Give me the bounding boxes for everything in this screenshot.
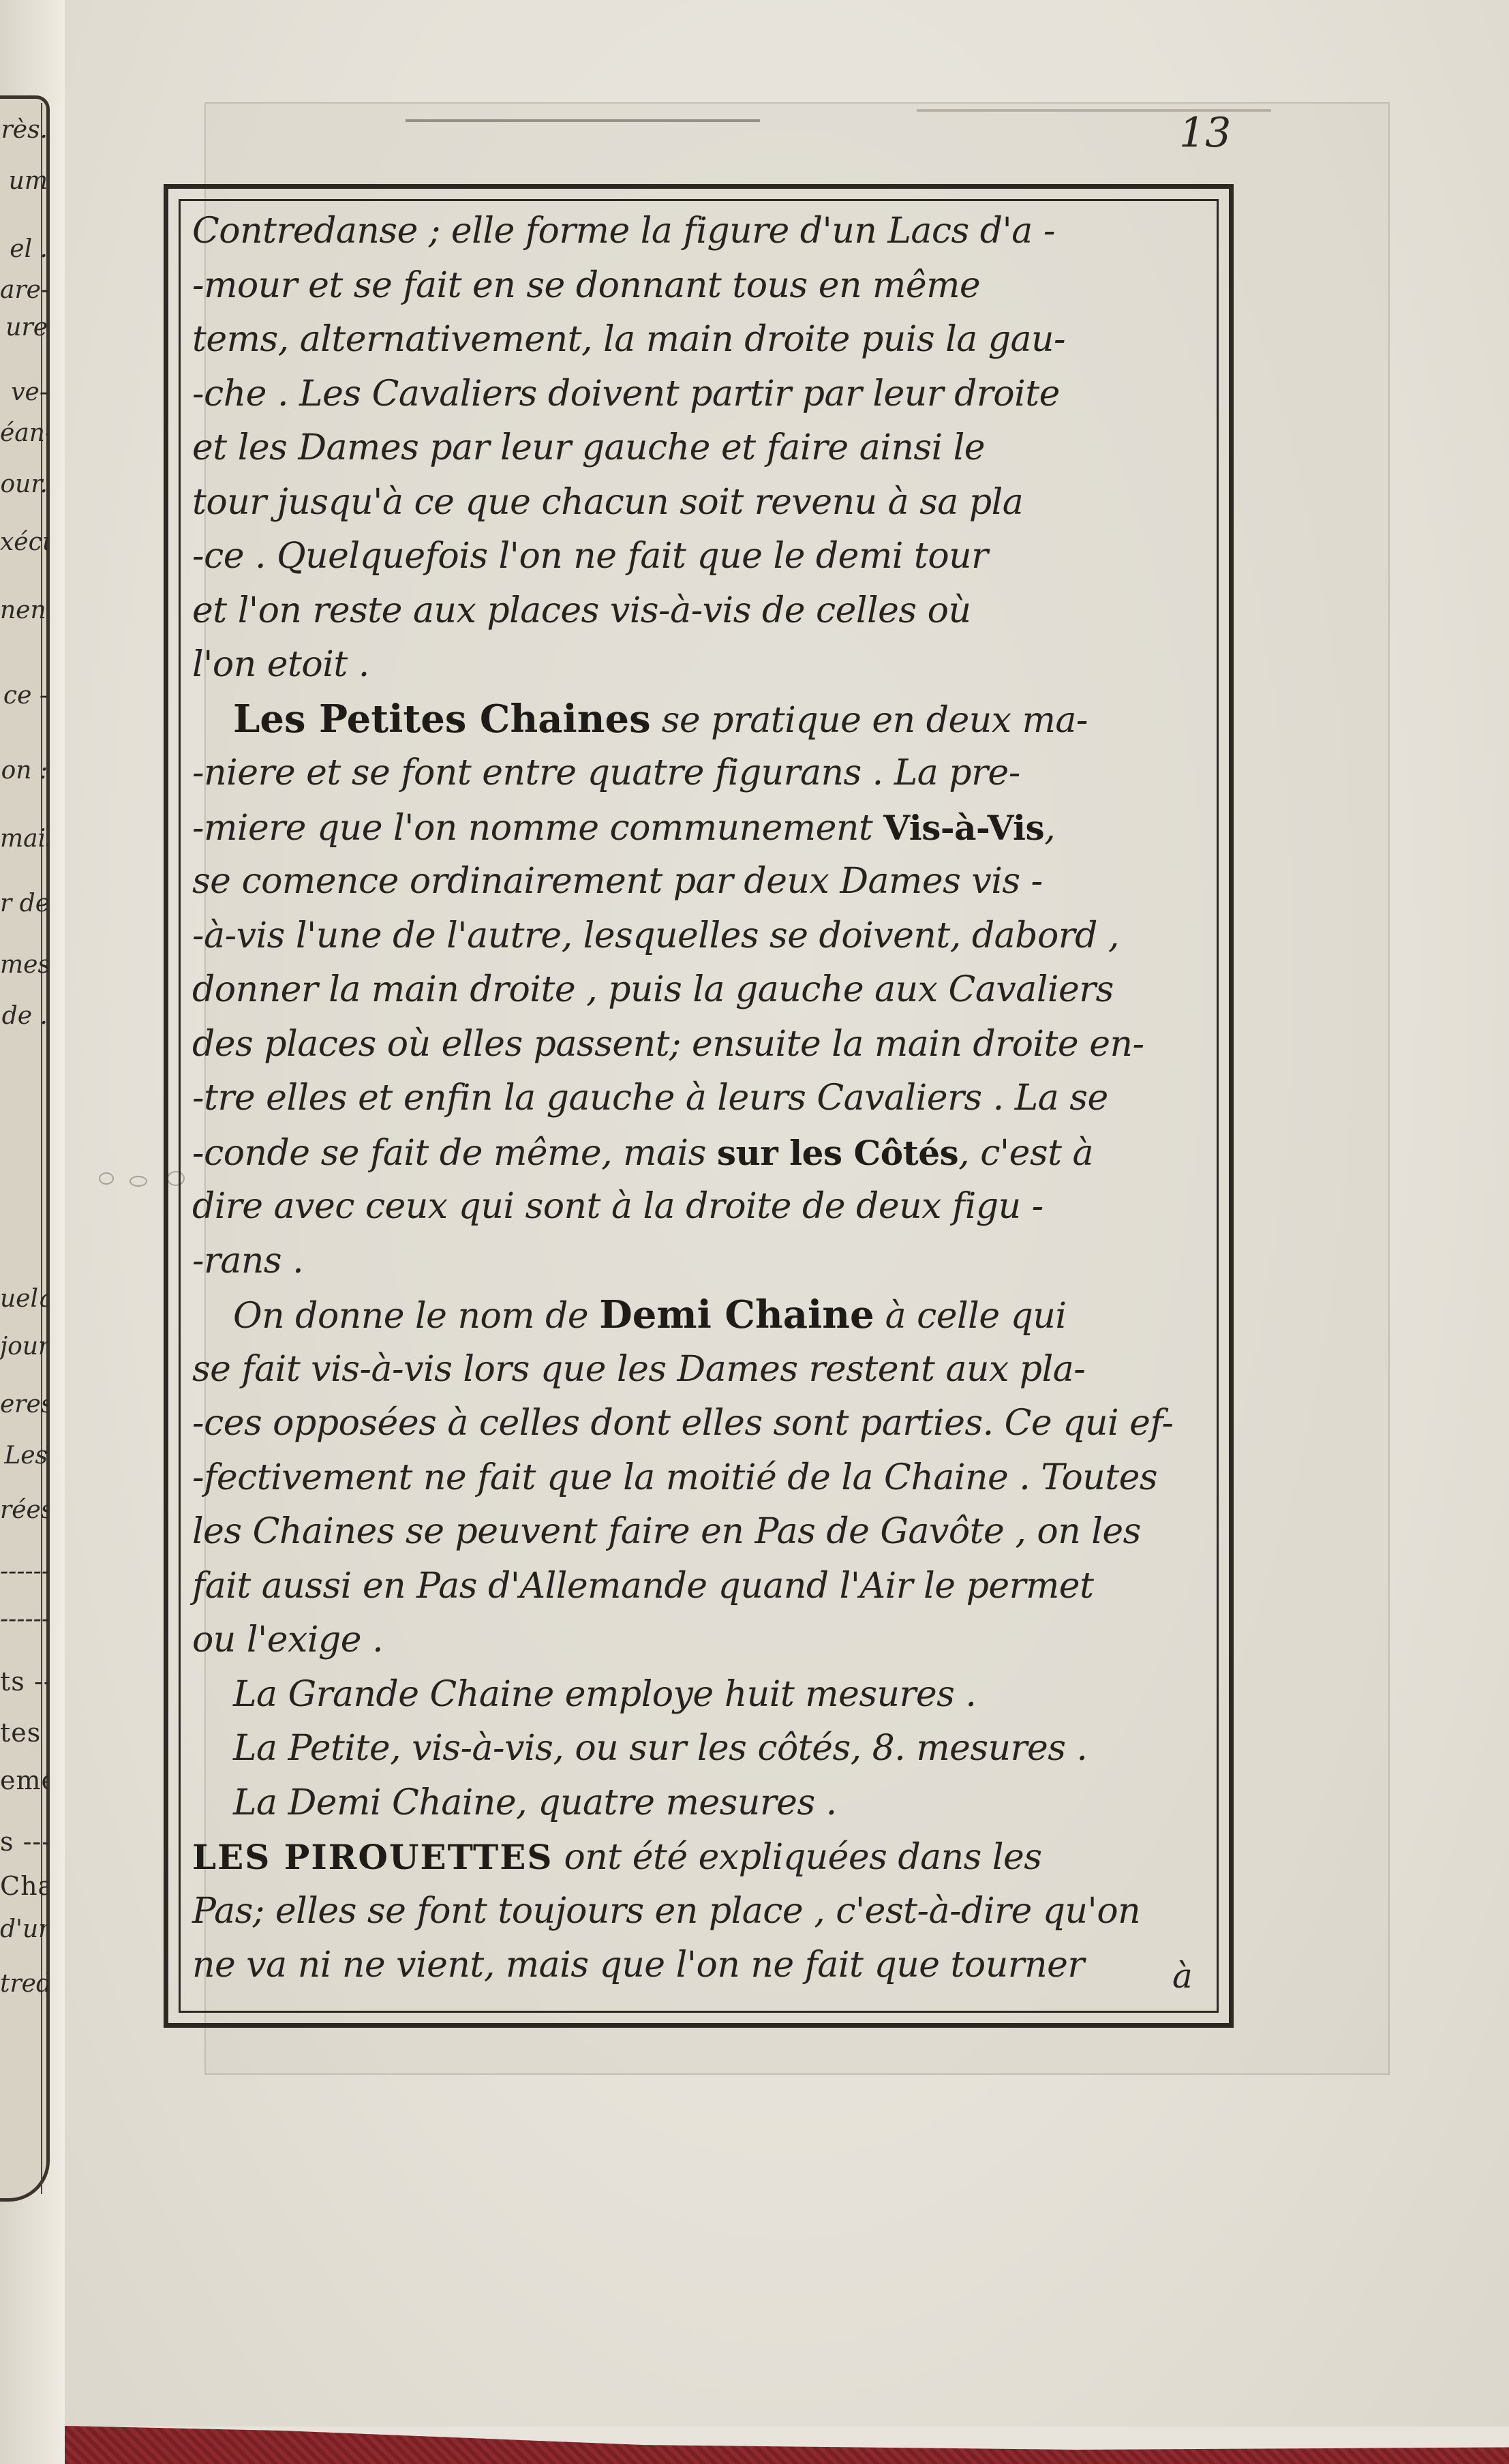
text-line: se comence ordinairement par deux Dames …	[192, 855, 1215, 909]
previous-page-fragment: ve-	[0, 378, 48, 406]
text-line: tems, alternativement, la main droite pu…	[192, 313, 1215, 367]
text-line: La Demi Chaine, quatre mesures .	[192, 1776, 1215, 1831]
text-segment: -tre elles et enfin la gauche à leurs Ca…	[192, 1071, 1108, 1126]
foxing-spot	[99, 1172, 114, 1185]
previous-page-fragment: tredanse	[0, 1970, 48, 1998]
previous-page-fragment: mesu	[0, 951, 48, 979]
previous-page-fragment: tes ----	[0, 1718, 48, 1748]
previous-page-fragment: xécu	[0, 528, 48, 556]
text-segment: -ce . Quelquefois l'on ne fait que le de…	[192, 530, 988, 584]
previous-page-fragment: uelqué	[0, 1285, 48, 1313]
text-segment: ,	[1044, 802, 1055, 856]
text-segment: La Grande Chaine employe huit mesures .	[233, 1668, 976, 1722]
text-line: La Petite, vis-à-vis, ou sur les côtés, …	[192, 1722, 1215, 1776]
text-line: et l'on reste aux places vis-à-vis de ce…	[192, 584, 1215, 639]
text-line: -rans .	[192, 1234, 1215, 1289]
text-segment: -che . Les Cavaliers doivent partir par …	[192, 367, 1060, 422]
previous-page-fragment: r des	[0, 889, 48, 917]
catchword: à	[1172, 1956, 1193, 1996]
text-line: On donne le nom de Demi Chaine à celle q…	[192, 1288, 1215, 1343]
previous-page-fragment: ce -	[0, 682, 48, 710]
text-line: des places où elles passent; ensuite la …	[192, 1018, 1215, 1072]
text-segment: Contredanse ; elle forme la figure d'un …	[192, 204, 1055, 259]
text-segment: -miere que l'on nomme communement	[192, 802, 883, 856]
text-line: Les Petites Chaines se pratique en deux …	[192, 693, 1215, 747]
text-segment: -conde se fait de même, mais	[192, 1127, 717, 1181]
text-segment: -fectivement ne fait que la moitié de la…	[192, 1451, 1157, 1506]
text-segment: ont été expliquées dans les	[553, 1831, 1041, 1885]
previous-page-fragment: ----------	[0, 1605, 48, 1633]
text-segment: se comence ordinairement par deux Dames …	[192, 855, 1043, 909]
text-segment: fait aussi en Pas d'Allemande quand l'Ai…	[192, 1560, 1093, 1614]
text-line: Contredanse ; elle forme la figure d'un …	[192, 204, 1215, 259]
text-line: -fectivement ne fait que la moitié de la…	[192, 1451, 1215, 1506]
text-line: -conde se fait de même, mais sur les Côt…	[192, 1126, 1215, 1181]
text-segment: des places où elles passent; ensuite la …	[192, 1018, 1144, 1072]
previous-page-fragment: ----------	[0, 1557, 48, 1585]
emphasized-term: Vis-à-Vis	[883, 801, 1044, 855]
text-line: donner la main droite , puis la gauche a…	[192, 963, 1215, 1018]
previous-page-fragment: nent	[0, 596, 48, 624]
previous-page-fragment: emens	[0, 1765, 48, 1795]
text-segment: -niere et se font entre quatre figurans …	[192, 746, 1020, 801]
previous-page-fragment: el .	[0, 235, 48, 263]
text-segment: -ces opposées à celles dont elles sont p…	[192, 1397, 1173, 1451]
previous-page-fragment: ts ----	[0, 1667, 48, 1697]
text-segment: On donne le nom de	[233, 1290, 599, 1344]
text-segment: Pas; elles se font toujours en place , c…	[192, 1885, 1140, 1939]
previous-page-fragment: jours	[0, 1333, 48, 1360]
previous-page-fragment: on :	[0, 757, 48, 785]
text-segment: La Petite, vis-à-vis, ou sur les côtés, …	[233, 1722, 1087, 1776]
text-line: Pas; elles se font toujours en place , c…	[192, 1885, 1215, 1939]
previous-page-fragment: de .	[0, 1002, 48, 1030]
text-segment: l'on etoit .	[192, 638, 369, 693]
text-segment: et les Dames par leur gauche et faire ai…	[192, 421, 985, 476]
previous-page-fragment: s ------	[0, 1827, 48, 1857]
text-line: les Chaines se peuvent faire en Pas de G…	[192, 1505, 1215, 1560]
page-number: 13	[1179, 109, 1231, 157]
text-segment: dire avec ceux qui sont à la droite de d…	[192, 1180, 1043, 1234]
text-line: -ce . Quelquefois l'on ne fait que le de…	[192, 530, 1215, 584]
foxing-spot	[129, 1176, 147, 1187]
section-heading: LES PIROUETTES	[192, 1830, 553, 1885]
previous-page-fragment: our.	[0, 470, 48, 498]
text-segment: tems, alternativement, la main droite pu…	[192, 313, 1065, 367]
text-line: -miere que l'on nomme communement Vis-à-…	[192, 801, 1215, 855]
previous-page-fragment: eres .	[0, 1390, 48, 1418]
text-line: l'on etoit .	[192, 638, 1215, 693]
previous-page-fragment: are-	[0, 276, 48, 304]
previous-page-fragment: Chaine	[0, 1871, 48, 1901]
text-line: dire avec ceux qui sont à la droite de d…	[192, 1180, 1215, 1234]
text-line: -tre elles et enfin la gauche à leurs Ca…	[192, 1071, 1215, 1126]
section-heading: Demi Chaine	[599, 1288, 874, 1343]
text-segment: à celle qui	[874, 1290, 1067, 1344]
text-line: -niere et se font entre quatre figurans …	[192, 746, 1215, 801]
previous-page-edge: rès.umel .are-ureve-éan-our.xécunentce -…	[0, 0, 66, 2464]
text-segment: ne va ni ne vient, mais que l'on ne fait…	[192, 1938, 1084, 1993]
previous-page-fragment: ure	[0, 314, 48, 341]
text-line: se fait vis-à-vis lors que les Dames res…	[192, 1343, 1215, 1397]
previous-page-fragment: rées, sont	[0, 1496, 48, 1524]
text-segment: , c'est à	[958, 1127, 1093, 1181]
text-segment: La Demi Chaine, quatre mesures .	[233, 1776, 837, 1831]
text-segment: -à-vis l'une de l'autre, lesquelles se d…	[192, 909, 1119, 964]
text-segment: les Chaines se peuvent faire en Pas de G…	[192, 1505, 1141, 1560]
text-segment: -rans .	[192, 1234, 303, 1289]
text-line: -mour et se fait en se donnant tous en m…	[192, 259, 1215, 314]
previous-page-fragment: éan-	[0, 419, 48, 447]
previous-page-fragment: rès.	[0, 116, 48, 144]
text-line: La Grande Chaine employe huit mesures .	[192, 1668, 1215, 1722]
text-segment: tour jusqu'à ce que chacun soit revenu à…	[192, 476, 1023, 530]
text-line: ne va ni ne vient, mais que l'on ne fait…	[192, 1938, 1215, 1993]
engraved-text-block: Contredanse ; elle forme la figure d'un …	[192, 204, 1215, 1993]
previous-page-fragment: um	[0, 167, 48, 195]
text-segment: donner la main droite , puis la gauche a…	[192, 963, 1114, 1018]
text-line: fait aussi en Pas d'Allemande quand l'Ai…	[192, 1560, 1215, 1614]
previous-page-fragment: Les	[0, 1442, 48, 1470]
text-segment: et l'on reste aux places vis-à-vis de ce…	[192, 584, 971, 639]
text-segment: se pratique en deux ma-	[651, 694, 1088, 748]
text-line: ou l'exige .	[192, 1613, 1215, 1668]
text-line: -à-vis l'une de l'autre, lesquelles se d…	[192, 909, 1215, 964]
text-segment: ou l'exige .	[192, 1613, 383, 1668]
previous-page-fragment: mais	[0, 825, 48, 853]
text-line: LES PIROUETTES ont été expliquées dans l…	[192, 1830, 1215, 1885]
previous-page-fragment: d'une	[0, 1915, 48, 1943]
section-heading: Les Petites Chaines	[233, 693, 651, 747]
text-line: tour jusqu'à ce que chacun soit revenu à…	[192, 476, 1215, 530]
plate-mark-rule	[406, 119, 760, 122]
text-line: -ces opposées à celles dont elles sont p…	[192, 1397, 1215, 1451]
text-segment: se fait vis-à-vis lors que les Dames res…	[192, 1343, 1085, 1397]
text-line: -che . Les Cavaliers doivent partir par …	[192, 367, 1215, 422]
emphasized-term: sur les Côtés	[717, 1126, 958, 1181]
text-line: et les Dames par leur gauche et faire ai…	[192, 421, 1215, 476]
text-segment: -mour et se fait en se donnant tous en m…	[192, 259, 980, 314]
